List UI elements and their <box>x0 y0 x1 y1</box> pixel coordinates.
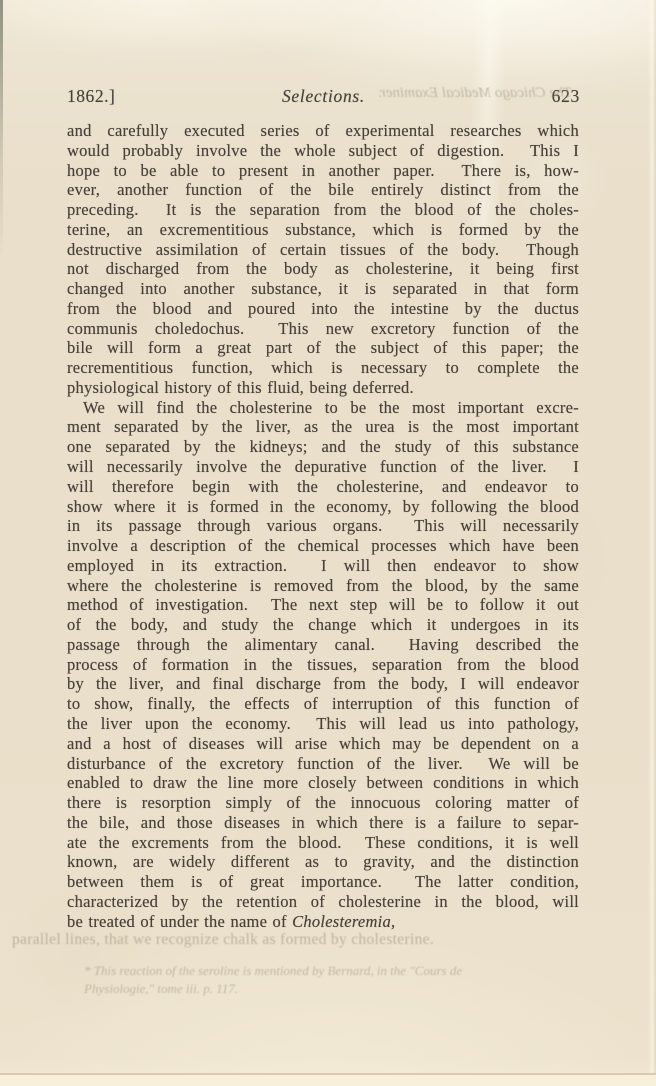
page-right-edge-highlight <box>648 0 656 1086</box>
text-line: We will find the cholesterine to be the … <box>67 398 579 418</box>
text-line: communis choledochus. This new excretory… <box>67 319 579 339</box>
show-through-footnote-line1: * This reaction of the seroline is menti… <box>84 963 462 979</box>
text-line: characterized by the retention of choles… <box>67 892 579 912</box>
text-line-roman: be treated of under the name of <box>67 912 292 931</box>
scanned-book-page: 1862.] Selections. 623 The Chicago Medic… <box>0 0 656 1086</box>
text-line: physiological history of this fluid, bei… <box>67 378 579 398</box>
text-line: recrementitious function, which is neces… <box>67 358 579 378</box>
text-line: of the body, and study the change which … <box>67 615 579 635</box>
text-line: process of formation in the tissues, sep… <box>67 655 579 675</box>
text-line: from the blood and poured into the intes… <box>67 299 579 319</box>
page-number: 623 <box>552 86 580 106</box>
next-page-edge <box>0 1073 656 1086</box>
text-line: ever, another function of the bile entir… <box>67 180 579 200</box>
show-through-text-line: parallel lines, that we recognize chalk … <box>12 931 434 949</box>
text-line: one separated by the kidneys; and the st… <box>67 437 579 457</box>
text-line-italic-term: Cholesteremia, <box>292 912 395 931</box>
running-header: 1862.] Selections. 623 <box>67 86 580 106</box>
text-line: hope to be able to present in another pa… <box>67 161 579 181</box>
page-text: and carefully executed series of experim… <box>67 121 579 931</box>
show-through-footnote-line2: Physiologie," tome iii. p. 117. <box>84 981 238 997</box>
text-line: preceding. It is the separation from the… <box>67 200 579 220</box>
text-line: passage through the alimentary canal. Ha… <box>67 635 579 655</box>
text-line: and carefully executed series of experim… <box>67 121 579 141</box>
text-line: enabled to draw the line more closely be… <box>67 773 579 793</box>
text-line: employed in its extraction. I will then … <box>67 556 579 576</box>
text-line: by the liver, and final discharge from t… <box>67 674 579 694</box>
text-line: and a host of diseases will arise which … <box>67 734 579 754</box>
text-line: changed into another substance, it is se… <box>67 279 579 299</box>
text-line: involve a description of the chemical pr… <box>67 536 579 556</box>
text-line: would probably involve the whole subject… <box>67 141 579 161</box>
text-line: there is resorption simply of the innocu… <box>67 793 579 813</box>
text-line: method of investigation. The next step w… <box>67 595 579 615</box>
text-line: not discharged from the body as choleste… <box>67 259 579 279</box>
page-left-edge-shadow <box>0 0 3 260</box>
text-line: will necessarily involve the depurative … <box>67 457 579 477</box>
text-line: known, are widely different as to gravit… <box>67 852 579 872</box>
text-line: terine, an excrementitious substance, wh… <box>67 220 579 240</box>
text-line: destructive assimilation of certain tiss… <box>67 240 579 260</box>
text-line: to show, finally, the effects of interru… <box>67 694 579 714</box>
text-line: bile will form a great part of the subje… <box>67 338 579 358</box>
text-line: where the cholesterine is removed from t… <box>67 576 579 596</box>
text-line: in its passage through various organs. T… <box>67 516 579 536</box>
text-line: ment separated by the liver, as the urea… <box>67 417 579 437</box>
text-line: show where it is formed in the economy, … <box>67 497 579 517</box>
text-line: be treated of under the name of Choleste… <box>67 912 579 932</box>
header-section-title: Selections. <box>67 86 580 106</box>
text-line: ate the excrements from the blood. These… <box>67 833 579 853</box>
text-line: disturbance of the excretory function of… <box>67 754 579 774</box>
text-line: the liver upon the economy. This will le… <box>67 714 579 734</box>
text-line: the bile, and those diseases in which th… <box>67 813 579 833</box>
text-line: between them is of great importance. The… <box>67 872 579 892</box>
text-line: will therefore begin with the cholesteri… <box>67 477 579 497</box>
